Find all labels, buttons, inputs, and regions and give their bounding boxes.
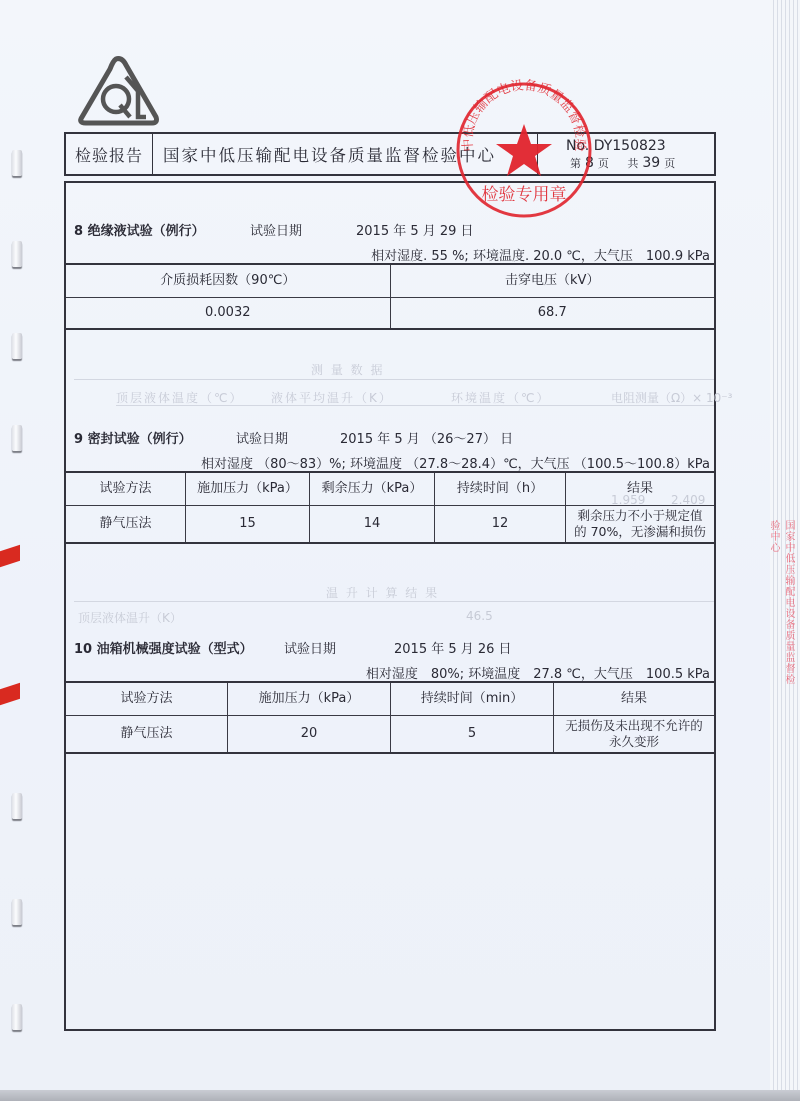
- test-date: 2015 年 5 月 （26～27） 日: [340, 428, 513, 447]
- bleed-through-text: 顶层液体温度（℃）: [116, 389, 243, 406]
- column-header: 持续时间（min）: [391, 682, 554, 716]
- column-header: 剩余压力（kPa）: [310, 472, 435, 506]
- binding-hole: [12, 241, 22, 267]
- environment-conditions: 相对湿度 80%; 环境温度 27.8 ℃，大气压 100.5 kPa: [366, 663, 710, 682]
- table-cell: 15: [186, 506, 310, 544]
- bleed-through-text: 环境温度（℃）: [451, 389, 550, 406]
- table-cell: 20: [228, 716, 391, 754]
- column-header: 介质损耗因数（90℃）: [66, 264, 390, 298]
- test-date: 2015 年 5 月 29 日: [356, 220, 474, 239]
- edge-stamp: 国家中低压输配电设备质量监督检验中心: [774, 520, 796, 690]
- table-cell: 静气压法: [66, 506, 186, 544]
- scan-shadow: [0, 1090, 800, 1101]
- bleed-through-line: [116, 405, 714, 406]
- column-header: 结果: [566, 472, 715, 506]
- column-header: 试验方法: [66, 472, 186, 506]
- column-header: 施加压力（kPa）: [228, 682, 391, 716]
- section-title: 10 油箱机械强度试验（型式）: [74, 638, 253, 657]
- binding-hole: [12, 333, 22, 359]
- test-date: 2015 年 5 月 26 日: [394, 638, 512, 657]
- bleed-through-text: 液体平均温升（K）: [271, 389, 393, 406]
- table-header-row: 介质损耗因数（90℃） 击穿电压（kV）: [66, 264, 714, 298]
- section-title: 8 绝缘液试验（例行）: [74, 220, 205, 239]
- section-title: 9 密封试验（例行）: [74, 428, 192, 447]
- report-header: 检验报告 国家中低压输配电设备质量监督检验中心 No. DY150823 第8页…: [64, 132, 716, 176]
- insulating-liquid-table: 介质损耗因数（90℃） 击穿电压（kV） 0.0032 68.7: [66, 263, 714, 330]
- sealing-test-table: 试验方法 施加压力（kPa） 剩余压力（kPa） 持续时间（h） 结果 静气压法…: [66, 471, 714, 544]
- binding-hole: [12, 1004, 22, 1030]
- table-cell: 无损伤及未出现不允许的永久变形: [554, 716, 715, 754]
- column-header: 施加压力（kPa）: [186, 472, 310, 506]
- tank-strength-table: 试验方法 施加压力（kPa） 持续时间（min） 结果 静气压法 20 5 无损…: [66, 681, 714, 754]
- bleed-through-heading: 温 升 计 算 结 果: [326, 584, 439, 601]
- test-date-label: 试验日期: [284, 638, 336, 657]
- table-cell: 12: [435, 506, 566, 544]
- bleed-through-line: [74, 379, 714, 380]
- binding-hole: [12, 793, 22, 819]
- binding-hole: [12, 425, 22, 451]
- organization-name: 国家中低压输配电设备质量监督检验中心: [153, 134, 538, 174]
- report-meta: No. DY150823 第8页 共39页: [538, 134, 714, 174]
- table-header-row: 试验方法 施加压力（kPa） 持续时间（min） 结果: [66, 682, 714, 716]
- table-header-row: 试验方法 施加压力（kPa） 剩余压力（kPa） 持续时间（h） 结果: [66, 472, 714, 506]
- report-page: 检验报告 国家中低压输配电设备质量监督检验中心 No. DY150823 第8页…: [0, 0, 770, 1090]
- table-cell: 14: [310, 506, 435, 544]
- binding-hole: [12, 899, 22, 925]
- page-current: 8: [585, 155, 594, 171]
- bleed-through-line: [74, 601, 714, 602]
- table-cell: 5: [391, 716, 554, 754]
- report-number: No. DY150823: [566, 138, 714, 155]
- column-header: 持续时间（h）: [435, 472, 566, 506]
- red-binding-ribbon: [0, 545, 20, 567]
- bleed-through-text: 顶层液体温升（K）: [78, 609, 182, 626]
- column-header: 结果: [554, 682, 715, 716]
- table-row: 静气压法 20 5 无损伤及未出现不允许的永久变形: [66, 716, 714, 754]
- page-total: 39: [642, 155, 660, 171]
- report-body: 测 量 数 据 顶层液体温度（℃） 液体平均温升（K） 环境温度（℃） 电阻测量…: [64, 181, 716, 1031]
- bleed-through-text: 电阻测量（Ω）× 10⁻³: [611, 389, 732, 406]
- environment-conditions: 相对湿度 （80～83）%; 环境温度 （27.8～28.4）℃，大气压 （10…: [201, 453, 710, 472]
- binding-hole: [12, 150, 22, 176]
- red-binding-ribbon: [0, 683, 20, 705]
- table-cell: 0.0032: [66, 298, 390, 330]
- column-header: 击穿电压（kV）: [390, 264, 714, 298]
- test-date-label: 试验日期: [250, 220, 302, 239]
- table-cell: 68.7: [390, 298, 714, 330]
- table-cell: 静气压法: [66, 716, 228, 754]
- report-label: 检验报告: [66, 134, 153, 174]
- table-cell: 剩余压力不小于规定值的 70%，无渗漏和损伤: [566, 506, 715, 544]
- column-header: 试验方法: [66, 682, 228, 716]
- test-date-label: 试验日期: [236, 428, 288, 447]
- cqc-triangle-logo-icon: [76, 55, 160, 127]
- table-row: 0.0032 68.7: [66, 298, 714, 330]
- table-row: 静气压法 15 14 12 剩余压力不小于规定值的 70%，无渗漏和损伤: [66, 506, 714, 544]
- bleed-through-text: 46.5: [466, 609, 493, 623]
- environment-conditions: 相对湿度. 55 %; 环境温度. 20.0 ℃，大气压 100.9 kPa: [371, 245, 710, 264]
- bleed-through-heading: 测 量 数 据: [311, 361, 384, 378]
- page-indicator: 第8页 共39页: [566, 155, 714, 172]
